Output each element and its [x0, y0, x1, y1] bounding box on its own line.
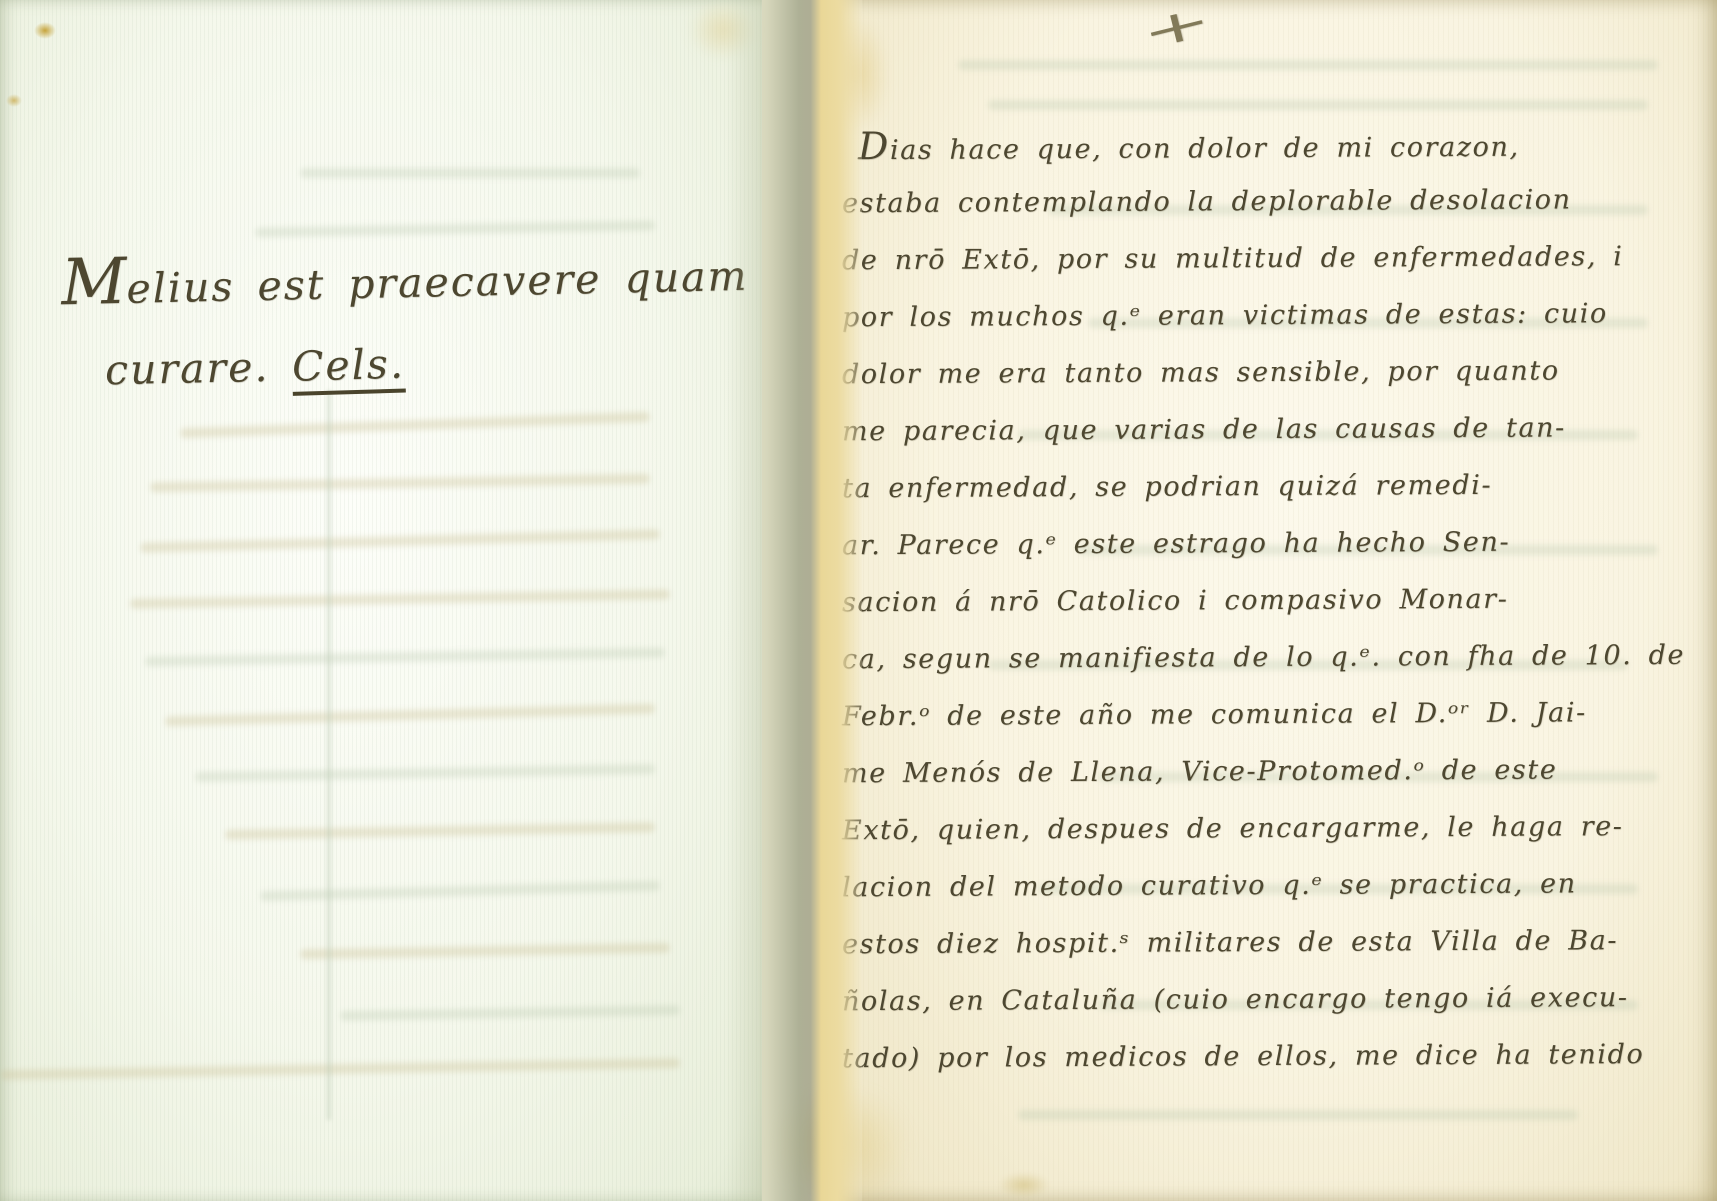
epigraph-citation: Cels.: [292, 340, 406, 396]
manuscript-line: ar. Parece q.ᵉ este estrago ha hecho Sen…: [842, 513, 1702, 575]
ghost-text-bar: [988, 100, 1648, 110]
ghost-text-bar: [130, 589, 670, 608]
ghost-text-bar: [958, 60, 1658, 70]
manuscript-line: me parecia, que varias de las causas de …: [842, 399, 1702, 461]
manuscript-line: ñolas, en Cataluña (cuio encargo tengo i…: [842, 969, 1702, 1031]
manuscript-line: me Menós de Llena, Vice-Protomed.ᵒ de es…: [842, 741, 1702, 803]
epigraph-line-2-text: curare.: [105, 342, 293, 394]
manuscript-line: lacion del metodo curativo q.ᵉ se practi…: [842, 855, 1702, 917]
foxing-stain: [6, 94, 22, 107]
left-page: Melius est praecavere quam curare. Cels.: [0, 0, 762, 1201]
manuscript-spread: Melius est praecavere quam curare. Cels.…: [0, 0, 1717, 1201]
epigraph: Melius est praecavere quam curare. Cels.: [60, 231, 750, 400]
ghost-text-bar: [145, 647, 665, 666]
manuscript-line: dolor me era tanto mas sensible, por qua…: [842, 342, 1702, 404]
ghost-text-bar: [260, 881, 660, 901]
manuscript-line: Extō, quien, despues de encargarme, le h…: [842, 798, 1702, 860]
ghost-text-bar: [300, 168, 640, 178]
manuscript-line: ta enfermedad, se podrian quizá remedi-: [842, 456, 1702, 518]
ghost-text-bar: [150, 474, 650, 493]
foxing-stain: [998, 1172, 1050, 1198]
ghost-text-bar: [300, 943, 670, 959]
ghost-text-bar: [195, 764, 655, 782]
ghost-text-bar: [165, 704, 655, 727]
epigraph-line-1: Melius est praecavere quam: [60, 231, 749, 319]
binding-gutter: [726, 0, 862, 1201]
manuscript-text-block: Dias hace que, con dolor de mi corazon, …: [842, 116, 1702, 1085]
manuscript-line: Dias hace que, con dolor de mi corazon,: [842, 114, 1702, 176]
manuscript-line: por los muchos q.ᵉ eran victimas de esta…: [842, 285, 1702, 347]
manuscript-line: estaba contemplando la deplorable desola…: [842, 171, 1702, 233]
ghost-text-bar: [225, 822, 655, 840]
epigraph-line-2: curare. Cels.: [63, 333, 751, 400]
fold-streak: [327, 390, 331, 1120]
ghost-text-bar: [140, 529, 660, 553]
foxing-stain: [34, 22, 56, 39]
manuscript-line: sacion á nrō Catolico i compasivo Monar-: [842, 570, 1702, 632]
ghost-text-bar: [1018, 1110, 1578, 1120]
ghost-text-bar: [340, 1005, 680, 1021]
ghost-text-bar: [0, 1058, 680, 1080]
manuscript-line: de nrō Extō, por su multitud de enfermed…: [842, 228, 1702, 290]
manuscript-line: ca, segun se manifiesta de lo q.ᵉ. con f…: [842, 627, 1702, 689]
ghost-text-bar: [180, 412, 650, 438]
manuscript-line: tado) por los medicos de ellos, me dice …: [842, 1026, 1702, 1088]
manuscript-line: estos diez hospit.ˢ militares de esta Vi…: [842, 912, 1702, 974]
manuscript-line: Febr.ᵒ de este año me comunica el D.ᵒʳ D…: [842, 684, 1702, 746]
